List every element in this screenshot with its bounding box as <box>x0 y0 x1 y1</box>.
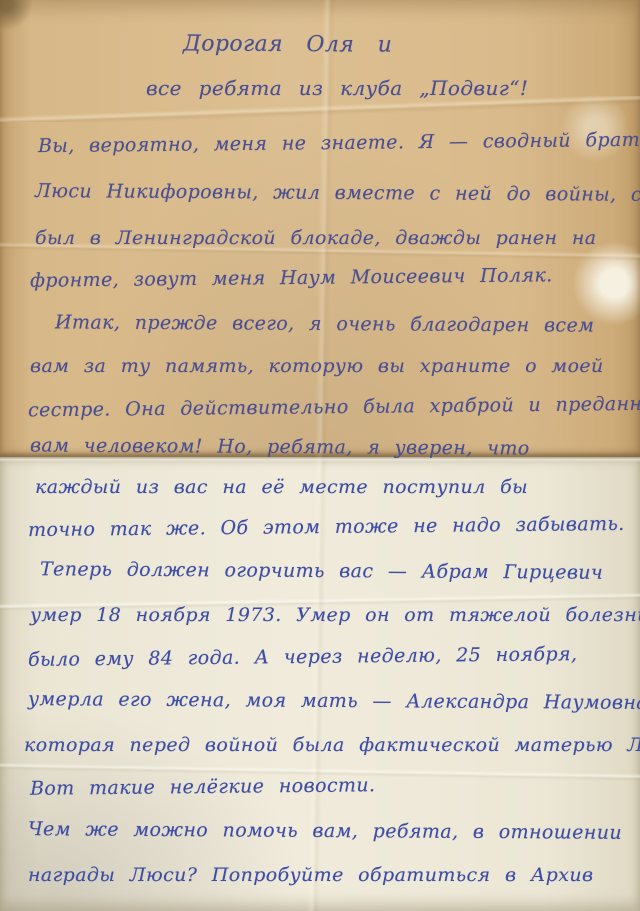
letter-line: все ребята из клуба „Подвиг“! <box>146 78 528 98</box>
letter-line: было ему 84 года. А через неделю, 25 ноя… <box>28 645 578 670</box>
letter-line: Итак, прежде всего, я очень благодарен в… <box>55 313 594 335</box>
letter-line: фронте, зовут меня Наум Моисеевич Поляк. <box>30 266 553 290</box>
letter-line: Чем же можно помочь вам, ребята, в отнош… <box>28 820 622 843</box>
letter-line: умерла его жена, моя мать — Александра Н… <box>28 690 640 713</box>
letter-line: точно так же. Об этом тоже не надо забыв… <box>28 515 625 540</box>
letter-line: Дорогая Оля и <box>183 33 392 56</box>
letter-line: каждый из вас на её месте поступил бы <box>35 478 528 497</box>
letter-page: Дорогая Оля ивсе ребята из клуба „Подвиг… <box>0 0 640 911</box>
letter-line: был в Ленинградской блокаде, дважды ране… <box>35 229 597 248</box>
letter-line: вам за ту память, которую вы храните о м… <box>30 357 604 376</box>
letter-line: Теперь должен огорчить вас — Абрам Гирце… <box>40 560 603 582</box>
letter-line: Люси Никифоровны, жил вместе с ней до во… <box>35 182 640 205</box>
letter-line: умер 18 ноября 1973. Умер он от тяжелой … <box>30 606 640 625</box>
letter-line: Вы, вероятно, меня не знаете. Я — сводны… <box>38 131 640 156</box>
letter-line: сестре. Она действительно была храброй и… <box>28 395 640 421</box>
letter-text: Дорогая Оля ивсе ребята из клуба „Подвиг… <box>0 0 640 911</box>
letter-line: награды Люси? Попробуйте обратиться в Ар… <box>28 866 593 885</box>
letter-line: которая перед войной была фактической ма… <box>24 736 640 755</box>
letter-line: Вот такие нелёгкие новости. <box>30 776 376 799</box>
letter-line: вам человеком! Но, ребята, я уверен, что <box>30 436 530 458</box>
